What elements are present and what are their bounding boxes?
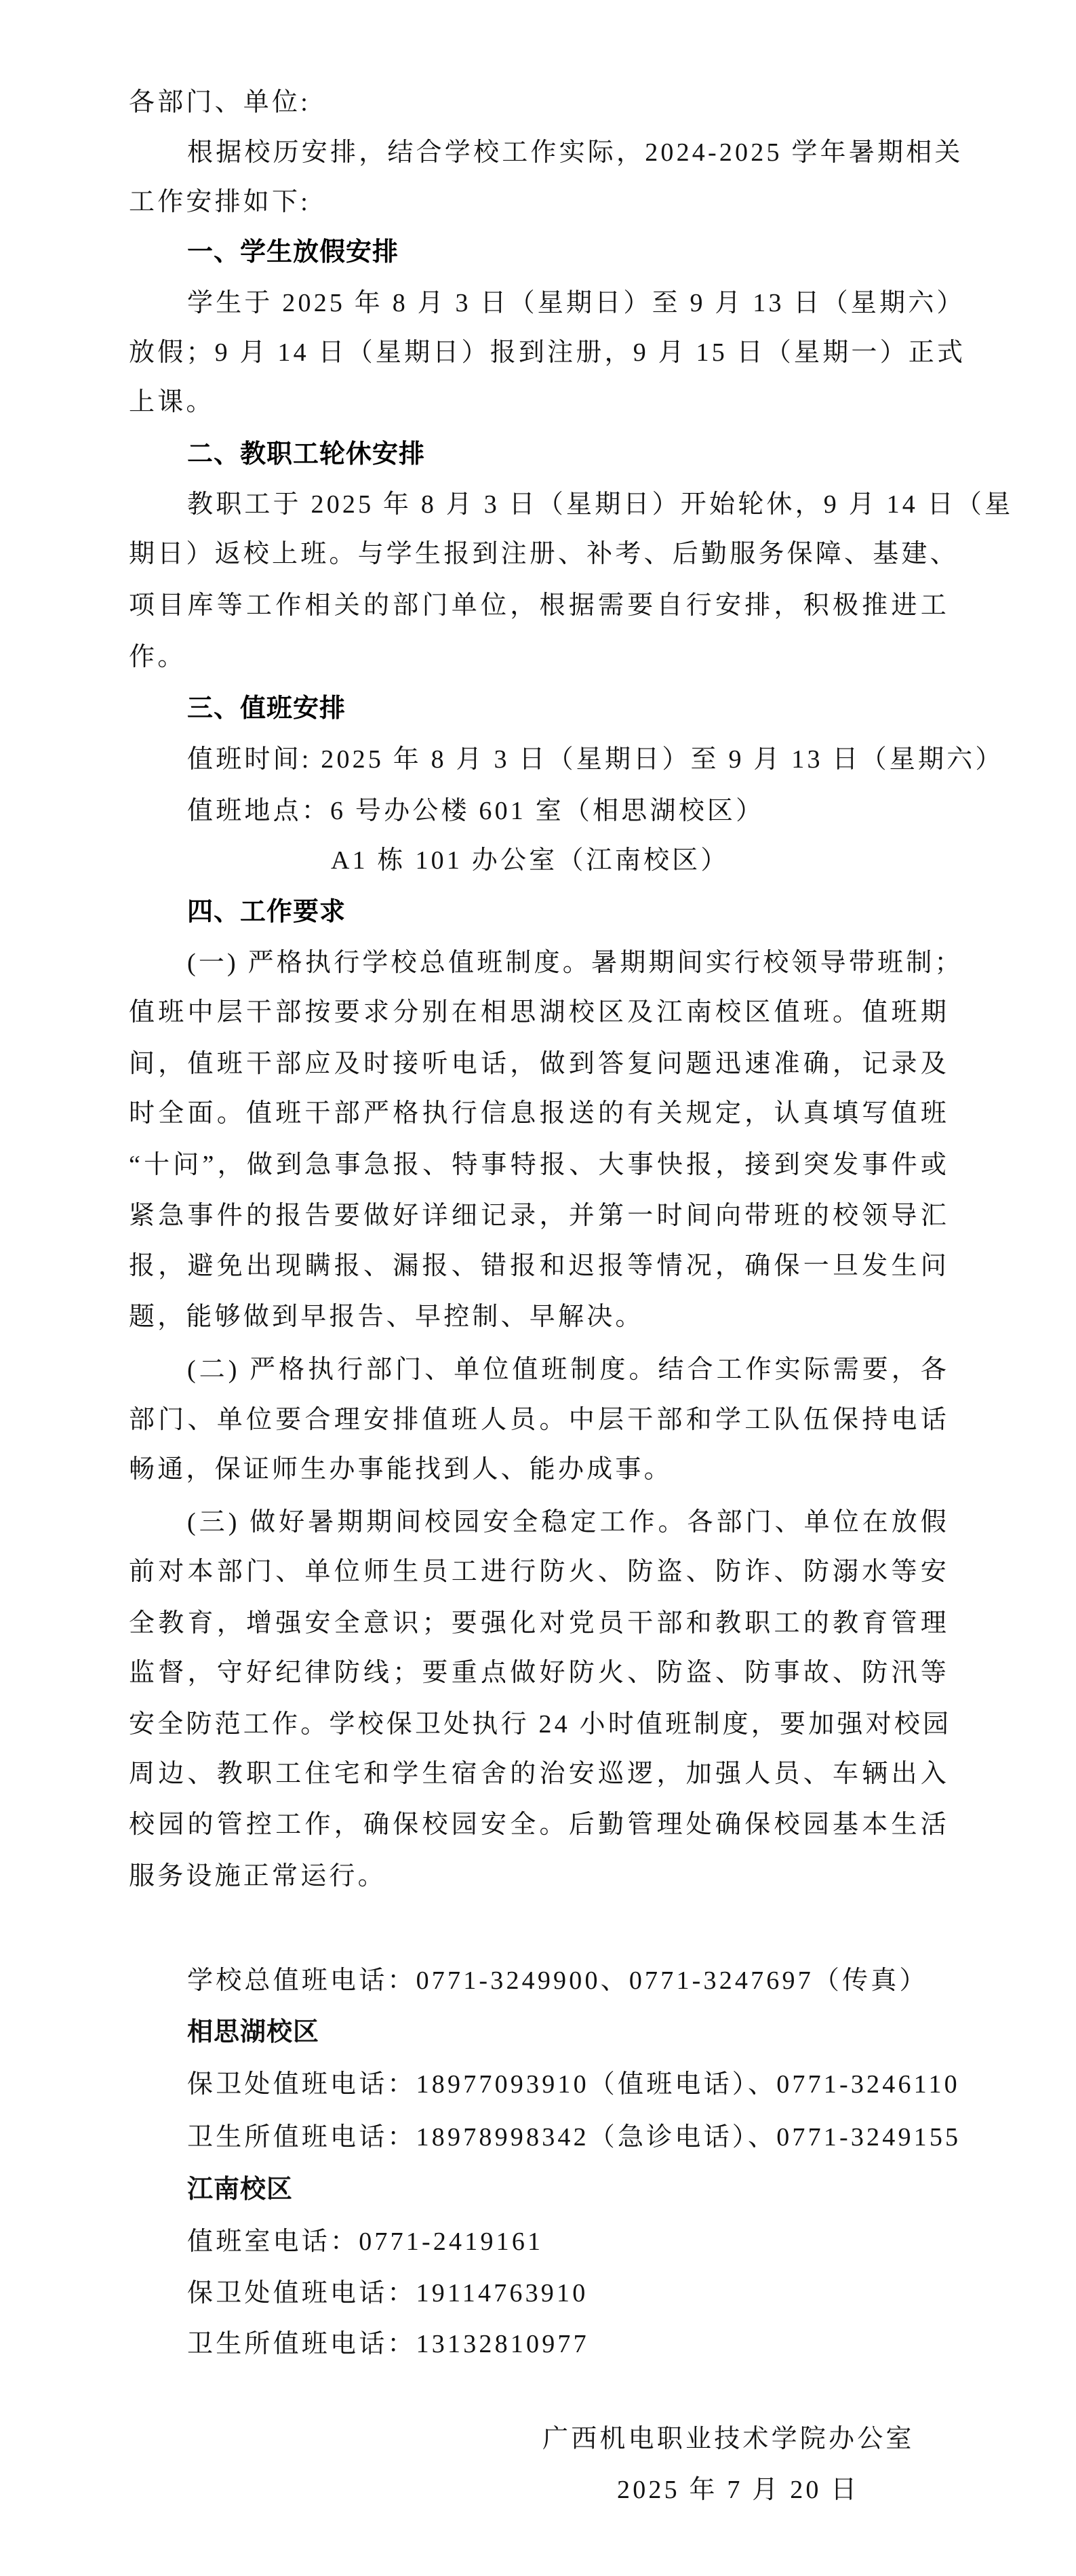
jiangnan-clinic-phone: 卫生所值班电话：13132810977: [187, 2324, 949, 2364]
paragraph-line: 期日）返校上班。与学生报到注册、补考、后勤服务保障、基建、: [129, 534, 949, 574]
requirement-1-line: “十问”，做到急事急报、特事特报、大事快报，接到突发事件或: [129, 1145, 949, 1185]
duty-place-2: A1 栋 101 办公室（江南校区）: [331, 840, 941, 881]
campus-heading-xiangsihu: 相思湖校区: [187, 2011, 949, 2052]
requirement-1-line: 间，值班干部应及时接听电话，做到答复问题迅速准确，记录及: [129, 1044, 949, 1084]
requirement-2-line: 畅通，保证师生办事能找到人、能办成事。: [129, 1449, 949, 1490]
signature-org: 广西机电职业技术学院办公室: [542, 2419, 922, 2459]
requirement-1-line: 值班中层干部按要求分别在相思湖校区及江南校区值班。值班期: [129, 992, 949, 1033]
requirement-1-line: 时全面。值班干部严格执行信息报送的有关规定，认真填写值班: [129, 1093, 949, 1134]
campus-heading-jiangnan: 江南校区: [187, 2168, 949, 2209]
requirement-3-line: (三) 做好暑期期间校园安全稳定工作。各部门、单位在放假: [187, 1502, 949, 1543]
intro-line: 工作安排如下:: [129, 182, 949, 222]
main-duty-phone: 学校总值班电话：0771-3249900、0771-3247697（传真）: [187, 1960, 949, 2001]
signature-date: 2025 年 7 月 20 日: [617, 2470, 888, 2510]
paragraph-line: 上课。: [129, 382, 949, 422]
requirement-3-line: 周边、教职工住宅和学生宿舍的治安巡逻，加强人员、车辆出入: [129, 1753, 949, 1794]
requirement-3-line: 校园的管控工作，确保校园安全。后勤管理处确保校园基本生活: [129, 1804, 949, 1845]
requirement-3-line: 监督，守好纪律防线；要重点做好防火、防盗、防事故、防汛等: [129, 1652, 949, 1693]
requirement-3-line: 服务设施正常运行。: [129, 1856, 949, 1897]
xiangsihu-clinic-phone: 卫生所值班电话：18978998342（急诊电话）、0771-3249155: [187, 2117, 949, 2158]
duty-place-1: 值班地点：6 号办公楼 601 室（相思湖校区）: [187, 791, 949, 831]
paragraph-line: 放假；9 月 14 日（星期日）报到注册，9 月 15 日（星期一）正式: [129, 332, 949, 373]
paragraph-line: 项目库等工作相关的部门单位，根据需要自行安排，积极推进工: [129, 585, 949, 626]
requirement-1-line: 报，避免出现瞒报、漏报、错报和迟报等情况，确保一旦发生问: [129, 1246, 949, 1286]
requirement-1-line: 题，能够做到早报告、早控制、早解决。: [129, 1296, 949, 1337]
paragraph-line: 教职工于 2025 年 8 月 3 日（星期日）开始轮休，9 月 14 日（星: [187, 484, 949, 525]
paragraph-line: 作。: [129, 637, 949, 677]
section-heading-duty: 三、值班安排: [187, 688, 949, 728]
requirement-2-line: (二) 严格执行部门、单位值班制度。结合工作实际需要，各: [187, 1349, 949, 1390]
section-heading-student-vacation: 一、学生放假安排: [187, 231, 949, 272]
jiangnan-security-phone: 保卫处值班电话：19114763910: [187, 2273, 949, 2314]
requirement-3-line: 安全防范工作。学校保卫处执行 24 小时值班制度，要加强对校园: [129, 1704, 949, 1745]
paragraph-line: 学生于 2025 年 8 月 3 日（星期日）至 9 月 13 日（星期六）: [187, 283, 949, 323]
section-heading-work-requirements: 四、工作要求: [187, 891, 949, 932]
jiangnan-duty-room-phone: 值班室电话：0771-2419161: [187, 2221, 949, 2262]
requirement-3-line: 全教育，增强安全意识；要强化对党员干部和教职工的教育管理: [129, 1603, 949, 1644]
section-heading-staff-rotation: 二、教职工轮休安排: [187, 433, 949, 474]
requirement-1-line: 紧急事件的报告要做好详细记录，并第一时间向带班的校领导汇: [129, 1195, 949, 1236]
xiangsihu-security-phone: 保卫处值班电话：18977093910（值班电话）、0771-3246110: [187, 2064, 949, 2105]
requirement-1-line: (一) 严格执行学校总值班制度。暑期期间实行校领导带班制；: [187, 943, 949, 983]
duty-time: 值班时间: 2025 年 8 月 3 日（星期日）至 9 月 13 日（星期六）: [187, 739, 949, 780]
document-page: 各部门、单位: 根据校历安排，结合学校工作实际，2024-2025 学年暑期相关…: [0, 0, 1076, 2576]
intro-line: 根据校历安排，结合学校工作实际，2024-2025 学年暑期相关: [187, 132, 949, 173]
salutation: 各部门、单位:: [129, 82, 949, 123]
requirement-2-line: 部门、单位要合理安排值班人员。中层干部和学工队伍保持电话: [129, 1400, 949, 1440]
requirement-3-line: 前对本部门、单位师生员工进行防火、防盗、防诈、防溺水等安: [129, 1551, 949, 1592]
